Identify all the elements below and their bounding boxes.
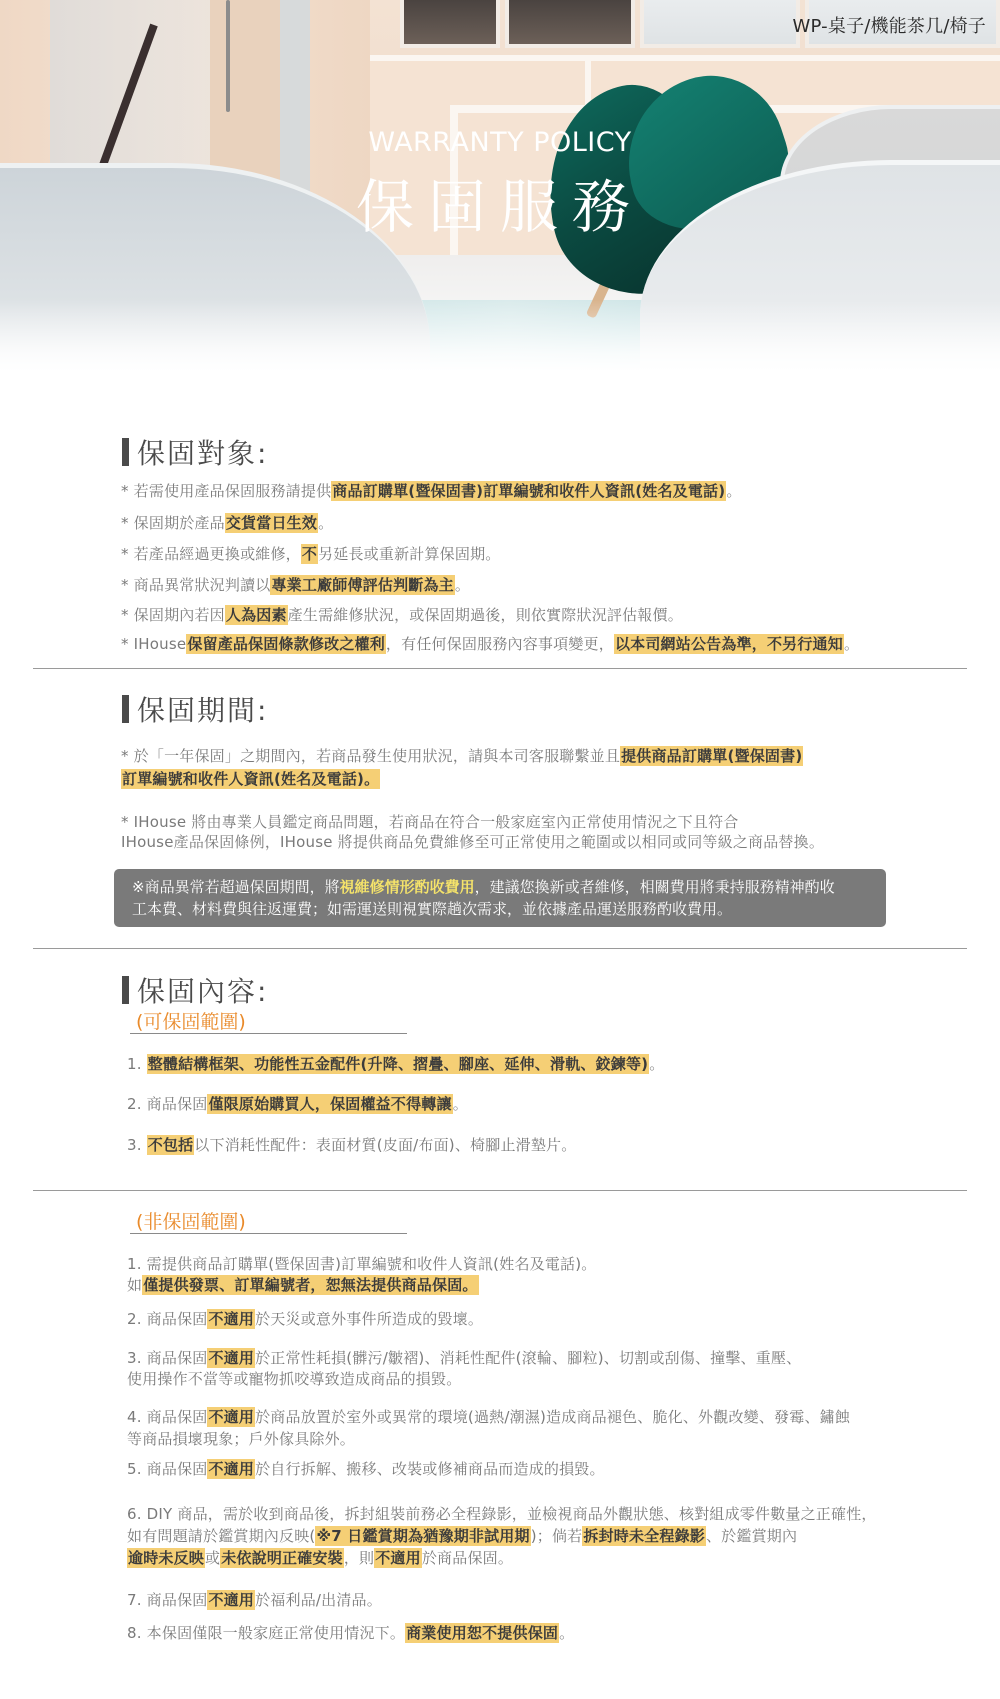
body-text: 於商品保固。 bbox=[422, 1549, 513, 1567]
body-text: 。 bbox=[318, 514, 333, 532]
highlighted-text: 提供商品訂購單(暨保固書) bbox=[620, 746, 803, 766]
door-handle bbox=[226, 0, 230, 112]
list-item: 8. 本保固僅限一般家庭正常使用情況下。商業使用恕不提供保固。 bbox=[127, 1622, 574, 1643]
body-text: 。 bbox=[649, 1055, 664, 1073]
body-text: 等商品損壞現象；戶外傢具除外。 bbox=[127, 1430, 355, 1448]
section-title-warranty-content: 保固內容: bbox=[122, 970, 268, 1010]
list-item: 1. 整體結構框架、功能性五金配件(升降、摺疊、腳座、延伸、滑軌、鉸鍊等)。 bbox=[127, 1053, 664, 1074]
list-item: 2. 商品保固不適用於天災或意外事件所造成的毀壞。 bbox=[127, 1308, 483, 1329]
not-covered-subtitle: (非保固範圍) bbox=[136, 1207, 246, 1234]
note-line-2: 工本費、材料費與往返運費；如需運送則視實際趟次需求，並依據產品運送服務酌收費用。 bbox=[132, 898, 868, 920]
list-item: 2. 商品保固僅限原始購買人，保固權益不得轉讓。 bbox=[127, 1093, 468, 1114]
list-item: 等商品損壞現象；戶外傢具除外。 bbox=[127, 1428, 355, 1449]
body-text: 如有問題請於鑑賞期內反映( bbox=[127, 1527, 315, 1545]
divider bbox=[33, 1190, 967, 1191]
subtitle-underline bbox=[130, 1233, 407, 1234]
list-item: 訂單編號和收件人資訊(姓名及電話)。 bbox=[121, 768, 380, 789]
body-text: 如 bbox=[127, 1276, 142, 1294]
body-text: 1. 需提供商品訂購單(暨保固書)訂單編號和收件人資訊(姓名及電話)。 bbox=[127, 1255, 597, 1273]
section-title-text: 保固對象: bbox=[137, 432, 268, 472]
section-title-warranty-period: 保固期間: bbox=[122, 689, 268, 729]
highlighted-text: 僅提供發票、訂單編號者，恕無法提供商品保固。 bbox=[142, 1275, 478, 1295]
body-text: )；倘若 bbox=[531, 1527, 583, 1545]
list-item: 如有問題請於鑑賞期內反映(※7 日鑑賞期為猶豫期非試用期)；倘若拆封時未全程錄影… bbox=[127, 1525, 797, 1546]
body-text: 8. 本保固僅限一般家庭正常使用情況下。 bbox=[127, 1624, 405, 1642]
section-title-warranty-target: 保固對象: bbox=[122, 432, 268, 472]
out-of-warranty-note: ※商品異常若超過保固期間，將視維修情形酌收費用，建議您換新或者維修，相關費用將秉… bbox=[114, 869, 886, 927]
body-text: 於正常性耗損(髒污/皺褶)、消耗性配件(滾輪、腳粒)、切割或刮傷、撞擊、重壓、 bbox=[255, 1349, 801, 1367]
body-text: ，則 bbox=[344, 1549, 374, 1567]
hero-fade bbox=[0, 300, 1000, 372]
body-text: * 於「一年保固」之期間內，若商品發生使用狀況，請與本司客服聯繫並且 bbox=[121, 747, 620, 765]
body-text: * 保固期內若因 bbox=[121, 606, 225, 624]
hero-window bbox=[400, 0, 500, 48]
list-item: * IHouse 將由專業人員鑑定商品問題，若商品在符合一般家庭室內正常使用情況… bbox=[121, 811, 738, 832]
highlighted-text: 不適用 bbox=[207, 1348, 255, 1368]
highlighted-text: 未依說明正確安裝 bbox=[220, 1548, 344, 1568]
body-text: * 商品異常狀況判讀以 bbox=[121, 576, 270, 594]
highlighted-text: 人為因素 bbox=[225, 605, 288, 625]
body-text: 。 bbox=[844, 635, 859, 653]
body-text: * 若產品經過更換或維修， bbox=[121, 545, 301, 563]
body-text: 另延長或重新計算保固期。 bbox=[318, 545, 500, 563]
body-text: 。 bbox=[559, 1624, 574, 1642]
list-item: * 商品異常狀況判讀以專業工廠師傅評估判斷為主。 bbox=[121, 574, 470, 595]
shelf-line bbox=[370, 55, 1000, 61]
body-text: 2. 商品保固 bbox=[127, 1310, 207, 1328]
hero-banner: WP-桌子/機能茶几/椅子 WARRANTY POLICY 保固服務 bbox=[0, 0, 1000, 372]
divider bbox=[33, 668, 967, 669]
divider bbox=[33, 948, 967, 949]
highlighted-text: 專業工廠師傅評估判斷為主 bbox=[270, 575, 454, 595]
list-item: 逾時未反映或未依說明正確安裝，則不適用於商品保固。 bbox=[127, 1547, 513, 1568]
body-text: 。 bbox=[455, 576, 470, 594]
highlighted-text: 交貨當日生效 bbox=[225, 513, 318, 533]
body-text: 2. 商品保固 bbox=[127, 1095, 207, 1113]
note-text: ，建議您換新或者維修，相關費用將秉持服務精神酌收 bbox=[475, 878, 835, 896]
body-text: IHouse產品保固條例，IHouse 將提供商品免費維修至可正常使用之範圍或以… bbox=[121, 833, 824, 851]
highlighted-text: 訂單編號和收件人資訊(姓名及電話)。 bbox=[121, 769, 380, 789]
section-title-text: 保固期間: bbox=[137, 689, 268, 729]
list-item: 1. 需提供商品訂購單(暨保固書)訂單編號和收件人資訊(姓名及電話)。 bbox=[127, 1253, 597, 1274]
body-text: ，有任何保固服務內容事項變更， bbox=[386, 635, 614, 653]
highlighted-text: 不適用 bbox=[207, 1309, 255, 1329]
list-item: * 於「一年保固」之期間內，若商品發生使用狀況，請與本司客服聯繫並且提供商品訂購… bbox=[121, 745, 803, 766]
note-line-1: ※商品異常若超過保固期間，將視維修情形酌收費用，建議您換新或者維修，相關費用將秉… bbox=[132, 876, 868, 898]
highlighted-text: 不適用 bbox=[207, 1590, 255, 1610]
body-text: 於天災或意外事件所造成的毀壞。 bbox=[255, 1310, 483, 1328]
note-highlight: 視維修情形酌收費用 bbox=[340, 878, 475, 896]
list-item: * IHouse保留產品保固條款修改之權利，有任何保固服務內容事項變更，以本司網… bbox=[121, 633, 859, 654]
list-item: 使用操作不當等或寵物抓咬導致造成商品的損毀。 bbox=[127, 1368, 461, 1389]
body-text: 6. DIY 商品，需於收到商品後，拆封組裝前務必全程錄影，並檢視商品外觀狀態、… bbox=[127, 1505, 877, 1523]
list-item: * 若需使用產品保固服務請提供商品訂購單(暨保固書)訂單編號和收件人資訊(姓名及… bbox=[121, 480, 742, 501]
highlighted-text: 僅限原始購買人，保固權益不得轉讓 bbox=[207, 1094, 452, 1114]
note-text: ※商品異常若超過保固期間，將 bbox=[132, 878, 340, 896]
highlighted-text: 商業使用恕不提供保固 bbox=[405, 1623, 559, 1643]
heading-bar-icon bbox=[122, 695, 129, 723]
hero-title-zh: 保固服務 bbox=[0, 160, 1000, 244]
body-text: 1. bbox=[127, 1055, 147, 1073]
highlighted-text: 商品訂購單(暨保固書)訂單編號和收件人資訊(姓名及電話) bbox=[331, 481, 726, 501]
hero-title-en: WARRANTY POLICY bbox=[0, 127, 1000, 158]
body-text: 於自行拆解、搬移、改裝或修補商品而造成的損毀。 bbox=[255, 1460, 605, 1478]
body-text: 產生需維修狀況，或保固期過後，則依實際狀況評估報價。 bbox=[288, 606, 683, 624]
covered-subtitle: (可保固範圍) bbox=[136, 1007, 246, 1034]
body-text: 、於鑑賞期內 bbox=[706, 1527, 797, 1545]
highlighted-text: 不適用 bbox=[207, 1407, 255, 1427]
highlighted-text: 逾時未反映 bbox=[127, 1548, 205, 1568]
body-text: 3. bbox=[127, 1136, 147, 1154]
body-text: 。 bbox=[726, 482, 741, 500]
body-text: 。 bbox=[453, 1095, 468, 1113]
list-item: 4. 商品保固不適用於商品放置於室外或異常的環境(過熱/潮濕)造成商品褪色、脆化… bbox=[127, 1406, 850, 1427]
body-text: * IHouse 將由專業人員鑑定商品問題，若商品在符合一般家庭室內正常使用情況… bbox=[121, 813, 738, 831]
body-text: 於商品放置於室外或異常的環境(過熱/潮濕)造成商品褪色、脆化、外觀改變、發霉、鏽… bbox=[255, 1408, 850, 1426]
highlighted-text: 不適用 bbox=[374, 1548, 422, 1568]
highlighted-text: ※7 日鑑賞期為猶豫期非試用期 bbox=[315, 1526, 530, 1546]
list-item: 3. 商品保固不適用於正常性耗損(髒污/皺褶)、消耗性配件(滾輪、腳粒)、切割或… bbox=[127, 1347, 801, 1368]
body-text: 以下消耗性配件：表面材質(皮面/布面)、椅腳止滑墊片。 bbox=[194, 1136, 576, 1154]
hero-window bbox=[640, 0, 800, 48]
list-item: * 若產品經過更換或維修，不另延長或重新計算保固期。 bbox=[121, 543, 500, 564]
body-text: 5. 商品保固 bbox=[127, 1460, 207, 1478]
highlighted-text: 保留產品保固條款修改之權利 bbox=[186, 634, 386, 654]
heading-bar-icon bbox=[122, 438, 129, 466]
list-item: * 保固期內若因人為因素產生需維修狀況，或保固期過後，則依實際狀況評估報價。 bbox=[121, 604, 683, 625]
heading-bar-icon bbox=[122, 976, 129, 1004]
list-item: 3. 不包括以下消耗性配件：表面材質(皮面/布面)、椅腳止滑墊片。 bbox=[127, 1134, 576, 1155]
body-text: 4. 商品保固 bbox=[127, 1408, 207, 1426]
section-title-text: 保固內容: bbox=[137, 970, 268, 1010]
highlighted-text: 不 bbox=[301, 544, 318, 564]
body-text: 或 bbox=[205, 1549, 220, 1567]
product-category-tag: WP-桌子/機能茶几/椅子 bbox=[793, 12, 986, 38]
list-item: * 保固期於產品交貨當日生效。 bbox=[121, 512, 333, 533]
body-text: 3. 商品保固 bbox=[127, 1349, 207, 1367]
list-item: 如僅提供發票、訂單編號者，恕無法提供商品保固。 bbox=[127, 1274, 479, 1295]
body-text: 使用操作不當等或寵物抓咬導致造成商品的損毀。 bbox=[127, 1370, 461, 1388]
highlighted-text: 不適用 bbox=[207, 1459, 255, 1479]
highlighted-text: 拆封時未全程錄影 bbox=[582, 1526, 706, 1546]
list-item: 7. 商品保固不適用於福利品/出清品。 bbox=[127, 1589, 382, 1610]
body-text: * 保固期於產品 bbox=[121, 514, 225, 532]
list-item: 6. DIY 商品，需於收到商品後，拆封組裝前務必全程錄影，並檢視商品外觀狀態、… bbox=[127, 1503, 877, 1524]
subtitle-underline bbox=[130, 1033, 407, 1034]
body-text: * IHouse bbox=[121, 635, 186, 653]
body-text: * 若需使用產品保固服務請提供 bbox=[121, 482, 331, 500]
list-item: IHouse產品保固條例，IHouse 將提供商品免費維修至可正常使用之範圍或以… bbox=[121, 831, 824, 852]
highlighted-text: 不包括 bbox=[147, 1135, 195, 1155]
body-text: 於福利品/出清品。 bbox=[255, 1591, 382, 1609]
list-item: 5. 商品保固不適用於自行拆解、搬移、改裝或修補商品而造成的損毀。 bbox=[127, 1458, 605, 1479]
highlighted-text: 以本司網站公告為準，不另行通知 bbox=[614, 634, 844, 654]
highlighted-text: 整體結構框架、功能性五金配件(升降、摺疊、腳座、延伸、滑軌、鉸鍊等) bbox=[147, 1054, 650, 1074]
body-text: 7. 商品保固 bbox=[127, 1591, 207, 1609]
hero-window bbox=[505, 0, 635, 48]
